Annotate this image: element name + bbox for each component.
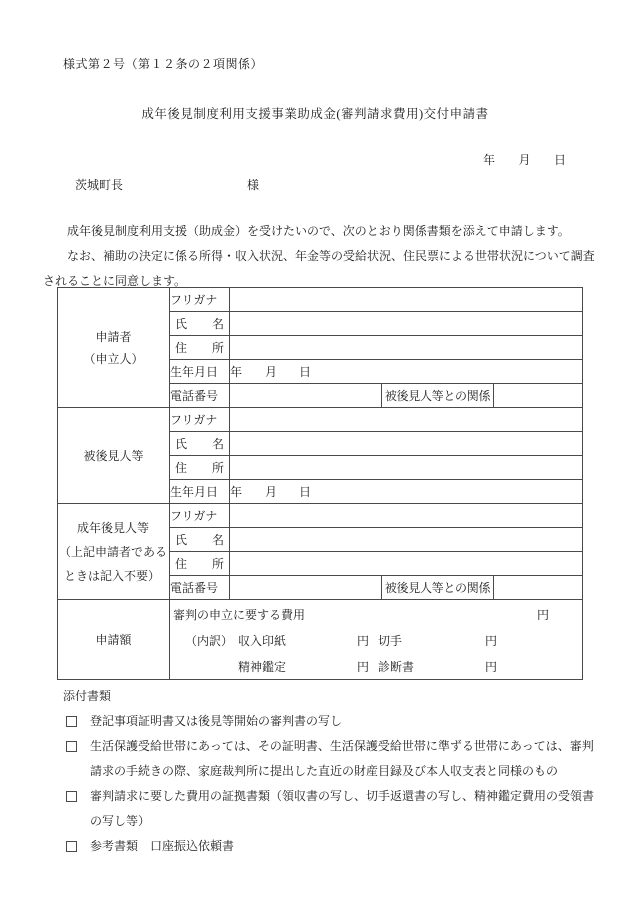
- name-label-first: 氏: [175, 435, 187, 452]
- birthdate-year-label: 年: [230, 365, 242, 379]
- applicant-label-line1: 申請者: [58, 326, 169, 348]
- date-year-label: 年: [483, 151, 495, 168]
- name-label-first: 氏: [175, 531, 187, 548]
- table-row: 申請者 （申立人） フリガナ: [58, 288, 583, 312]
- form-document-page: 様式第２号（第１２条の２項関係） 成年後見制度利用支援事業助成金(審判請求費用)…: [0, 0, 630, 903]
- field-label-relation: 被後見人等との関係: [382, 576, 494, 600]
- group-label-applicant: 申請者 （申立人）: [58, 288, 170, 408]
- breakdown-label: （内訳）: [185, 632, 233, 649]
- group-label-guardian: 成年後見人等 （上記申請者である ときは記入不要）: [58, 504, 170, 600]
- input-cell-guardian-furigana: [230, 504, 583, 528]
- field-label-address: 住 所: [170, 552, 230, 576]
- intro-paragraphs: 成年後見制度利用支援（助成金）を受けたいので、次のとおり関係書類を添えて申請しま…: [43, 219, 599, 294]
- field-label-birthdate: 生年月日: [170, 480, 230, 504]
- yen-label: 円: [537, 606, 549, 623]
- birthdate-month-label: 月: [265, 485, 277, 499]
- attachment-item-2-text-line2: 請求の手続きの際、家庭裁判所に提出した直近の財産目録及び本人収支表と同様のもの: [90, 759, 603, 784]
- yen-label: 円: [485, 632, 497, 649]
- yen-label: 円: [357, 632, 369, 649]
- list-item: 審判請求に要した費用の証拠書類（領収書の写し、切手返還書の写し、精神鑑定費用の受…: [63, 784, 603, 834]
- input-cell-ward-address: [230, 456, 583, 480]
- attachment-item-4-text: 参考書類 口座振込依頼書: [90, 834, 603, 859]
- revenue-stamp-label: 収入印紙: [238, 632, 286, 649]
- input-cell-applicant-name: [230, 312, 583, 336]
- date-month-label: 月: [518, 151, 530, 168]
- addressee-line: 茨城町長 様: [0, 176, 630, 192]
- group-label-amount: 申請額: [58, 600, 170, 680]
- field-label-birthdate: 生年月日: [170, 360, 230, 384]
- name-label-last: 名: [212, 531, 224, 548]
- date-day-label: 日: [554, 151, 566, 168]
- address-label-last: 所: [212, 339, 224, 356]
- attachments-heading: 添付書類: [63, 684, 603, 709]
- list-item: 生活保護受給世帯にあっては、その証明書、生活保護受給世帯に準ずる世帯にあっては、…: [63, 734, 603, 784]
- input-cell-guardian-phone: [230, 576, 382, 600]
- name-label-last: 名: [212, 435, 224, 452]
- field-label-name: 氏 名: [170, 528, 230, 552]
- attachments-section: 添付書類 登記事項証明書又は後見等開始の審判書の写し 生活保護受給世帯にあっては…: [63, 684, 603, 859]
- input-cell-applicant-birthdate: 年月日: [230, 360, 583, 384]
- group-label-ward: 被後見人等: [58, 408, 170, 504]
- input-cell-applicant-furigana: [230, 288, 583, 312]
- amount-detail-cell: 審判の申立に要する費用 円 （内訳） 収入印紙 円 切手 円 精神鑑定 円 診断…: [170, 600, 583, 680]
- page-title: 成年後見制度利用支援事業助成金(審判請求費用)交付申請書: [0, 104, 630, 122]
- checkbox-icon: [66, 841, 77, 852]
- checkbox-icon: [66, 716, 77, 727]
- guardian-label-line2: （上記申請者である: [58, 540, 169, 564]
- intro-paragraph-1: 成年後見制度利用支援（助成金）を受けたいので、次のとおり関係書類を添えて申請しま…: [43, 219, 599, 244]
- input-cell-applicant-relation: [494, 384, 583, 408]
- address-label-last: 所: [212, 459, 224, 476]
- addressee-honorific: 様: [247, 176, 259, 193]
- name-label-first: 氏: [175, 315, 187, 332]
- application-form-table: 申請者 （申立人） フリガナ 氏 名 住: [57, 287, 583, 680]
- name-label-last: 名: [212, 315, 224, 332]
- attachment-item-2-text-line1: 生活保護受給世帯にあっては、その証明書、生活保護受給世帯に準ずる世帯にあっては、…: [90, 734, 603, 759]
- list-item: 登記事項証明書又は後見等開始の審判書の写し: [63, 709, 603, 734]
- field-label-furigana: フリガナ: [170, 288, 230, 312]
- address-label-first: 住: [175, 555, 187, 572]
- input-cell-ward-furigana: [230, 408, 583, 432]
- date-line: 年 月 日: [483, 151, 566, 168]
- input-cell-applicant-phone: [230, 384, 382, 408]
- birthdate-month-label: 月: [265, 365, 277, 379]
- yen-label: 円: [357, 658, 369, 675]
- checkbox-icon: [66, 791, 77, 802]
- yen-label: 円: [485, 658, 497, 675]
- input-cell-guardian-address: [230, 552, 583, 576]
- input-cell-ward-birthdate: 年月日: [230, 480, 583, 504]
- field-label-furigana: フリガナ: [170, 408, 230, 432]
- input-cell-applicant-address: [230, 336, 583, 360]
- birthdate-day-label: 日: [299, 365, 311, 379]
- field-label-phone: 電話番号: [170, 576, 230, 600]
- input-cell-guardian-name: [230, 528, 583, 552]
- attachment-item-3-text-line2: の写し等）: [90, 809, 603, 834]
- table-row: 申請額 審判の申立に要する費用 円 （内訳） 収入印紙 円 切手 円 精神鑑定 …: [58, 600, 583, 680]
- field-label-name: 氏 名: [170, 312, 230, 336]
- address-label-first: 住: [175, 339, 187, 356]
- psych-eval-label: 精神鑑定: [238, 658, 286, 675]
- postage-label: 切手: [378, 632, 402, 649]
- address-label-first: 住: [175, 459, 187, 476]
- med-cert-label: 診断書: [378, 658, 414, 675]
- address-label-last: 所: [212, 555, 224, 572]
- guardian-label-line3: ときは記入不要）: [58, 564, 169, 588]
- field-label-address: 住 所: [170, 456, 230, 480]
- attachment-item-3-text-line1: 審判請求に要した費用の証拠書類（領収書の写し、切手返還書の写し、精神鑑定費用の受…: [90, 784, 603, 809]
- field-label-furigana: フリガナ: [170, 504, 230, 528]
- input-cell-ward-name: [230, 432, 583, 456]
- field-label-address: 住 所: [170, 336, 230, 360]
- attachment-item-1-text: 登記事項証明書又は後見等開始の審判書の写し: [90, 709, 603, 734]
- table-row: 被後見人等 フリガナ: [58, 408, 583, 432]
- field-label-relation: 被後見人等との関係: [382, 384, 494, 408]
- applicant-label-line2: （申立人）: [58, 348, 169, 370]
- input-cell-guardian-relation: [494, 576, 583, 600]
- form-number: 様式第２号（第１２条の２項関係）: [63, 55, 263, 72]
- table-row: 成年後見人等 （上記申請者である ときは記入不要） フリガナ: [58, 504, 583, 528]
- court-cost-label: 審判の申立に要する費用: [173, 606, 305, 623]
- birthdate-year-label: 年: [230, 485, 242, 499]
- birthdate-day-label: 日: [299, 485, 311, 499]
- field-label-phone: 電話番号: [170, 384, 230, 408]
- checkbox-icon: [66, 741, 77, 752]
- guardian-label-line1: 成年後見人等: [58, 516, 169, 540]
- field-label-name: 氏 名: [170, 432, 230, 456]
- addressee-name: 茨城町長: [75, 176, 123, 193]
- list-item: 参考書類 口座振込依頼書: [63, 834, 603, 859]
